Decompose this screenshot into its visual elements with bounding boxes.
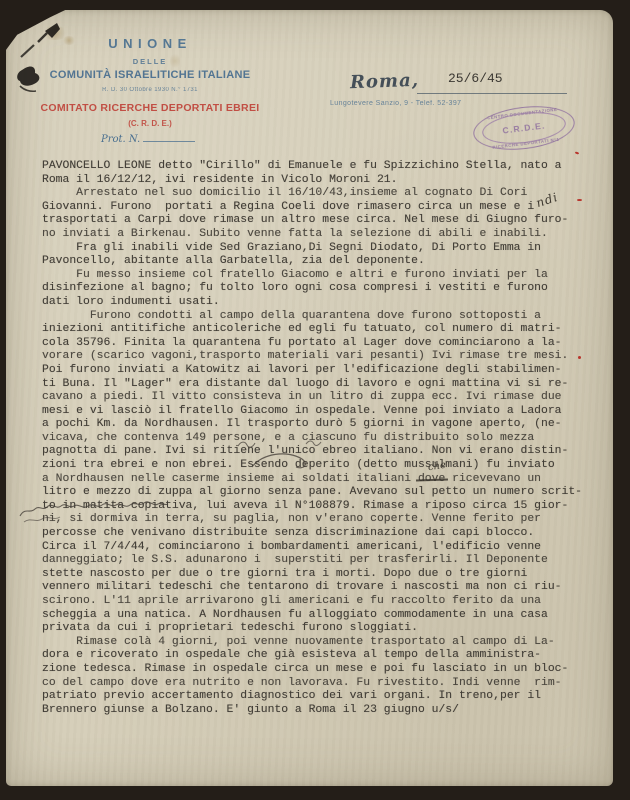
body-line: vicava, che contenva 149 persone, e a ci… xyxy=(42,432,607,446)
body-line: Circa il 7/4/44, cominciarono i bombarda… xyxy=(42,541,607,555)
body-line: mesi e vi lasciò il fratello Giacomo in … xyxy=(42,405,607,419)
body-line: co del campo dove era nutrito e non lavo… xyxy=(42,677,607,691)
body-line: iniezioni antitifiche anticoleriche ed e… xyxy=(42,323,607,337)
body-line: disinfezione al bagno; fu tolto loro ogn… xyxy=(42,282,607,296)
office-address: Lungotevere Sanzio, 9 - Telef. 52-397 xyxy=(330,100,461,107)
body-line: Pavoncello, abitante alla Garbatella, zi… xyxy=(42,255,607,269)
red-speck xyxy=(577,199,582,201)
body-line: scirono. L'11 aprile arrivarono gli amer… xyxy=(42,595,607,609)
protocol-blank-line xyxy=(143,133,195,142)
body-line: Arrestato nel suo domicilio il 16/10/43,… xyxy=(42,187,607,201)
body-line: Rimase colà 4 giorni, poi venne nuovamen… xyxy=(42,636,607,650)
protocol-label: Prot. N. xyxy=(101,134,140,145)
body-line: cola 35796. Finita la quarantena fu port… xyxy=(42,337,607,351)
body-line: ti Buna. Il "Lager" era distante dal luo… xyxy=(42,378,607,392)
body-line: scheggia a una natica. A Nordhausen fu a… xyxy=(42,609,607,623)
body-line: stette nascosto per due o tre giorni tra… xyxy=(42,568,607,582)
body-line: Furono condotti al campo della quaranten… xyxy=(42,310,607,324)
committee-abbreviation: (C. R. D. E.) xyxy=(30,119,270,128)
body-line: percosse che venivano distribuite senza … xyxy=(42,527,607,541)
org-name-line2: DELLE xyxy=(30,57,270,66)
body-line: patriato previo accertamento diagnostico… xyxy=(42,690,607,704)
body-line: zione tedesca. Rimase in ospedale circa … xyxy=(42,663,607,677)
body-line: to in matita copiativa, lui aveva il N°1… xyxy=(42,500,607,514)
body-line: privata da cui i proprietari tedeschi fu… xyxy=(42,622,607,636)
body-line: a Nordhausen nelle caserme insieme ai so… xyxy=(42,473,607,487)
body-line: pagnotta di pane. Ivi si ritiene l'unico… xyxy=(42,445,607,459)
red-speck xyxy=(578,356,581,359)
scanned-document: UNIONE DELLE COMUNITÀ ISRAELITICHE ITALI… xyxy=(0,0,630,800)
body-line: dati loro indumenti usati. xyxy=(42,296,607,310)
body-line: Giovanni. Furono portati a Regina Coeli … xyxy=(42,201,607,215)
body-line: vorare (scarico vagoni,trasporto materia… xyxy=(42,350,607,364)
body-line: a pochi Km. da Nordhausen. Il trasporto … xyxy=(42,418,607,432)
body-line: Fu messo insieme col fratello Giacomo e … xyxy=(42,269,607,283)
org-name-line1: UNIONE xyxy=(30,36,270,51)
body-text: PAVONCELLO LEONE detto "Cirillo" di Eman… xyxy=(42,160,607,717)
body-line: ni, si dormiva in terra, su paglia, non … xyxy=(42,513,607,527)
org-name-line3: COMUNITÀ ISRAELITICHE ITALIANE xyxy=(30,69,270,81)
date-rule xyxy=(417,93,567,94)
city-script: Roma, xyxy=(350,70,420,93)
body-line: Poi furono inviati a Katowitz ai lavori … xyxy=(42,364,607,378)
body-line: Roma il 16/12/12, ivi residente in Vicol… xyxy=(42,174,607,188)
body-line: litro e mezzo di zuppa al giorno senza p… xyxy=(42,486,607,500)
body-line: dora e ricoverato in ospedale che già es… xyxy=(42,649,607,663)
body-line: cavano a piedi. Il vitto consisteva in u… xyxy=(42,391,607,405)
protocol-number-field: Prot. N. xyxy=(101,133,195,145)
body-line: PAVONCELLO LEONE detto "Cirillo" di Eman… xyxy=(42,160,607,174)
committee-name: COMITATO RICERCHE DEPORTATI EBREI xyxy=(30,102,270,114)
body-line: vennero militari tedeschi che tentarono … xyxy=(42,581,607,595)
document-date: 25/6/45 xyxy=(448,71,503,86)
body-line: Fra gli inabili vide Sed Graziano,Di Seg… xyxy=(42,242,607,256)
body-line: trasportati a Carpi dove rimase un altro… xyxy=(42,214,607,228)
body-line: no inviati a Birkenau. Subito venne fatt… xyxy=(42,228,607,242)
royal-decree-line: R. D. 30 Ottobre 1930 N.° 1731 xyxy=(30,87,270,93)
body-line: zioni tra ebrei e non ebrei. Essendo dep… xyxy=(42,459,607,473)
body-line: Brennero giunse a Bolzano. E' giunto a R… xyxy=(42,704,607,718)
body-line: danneggiato; le S.S. adunarono i superst… xyxy=(42,554,607,568)
